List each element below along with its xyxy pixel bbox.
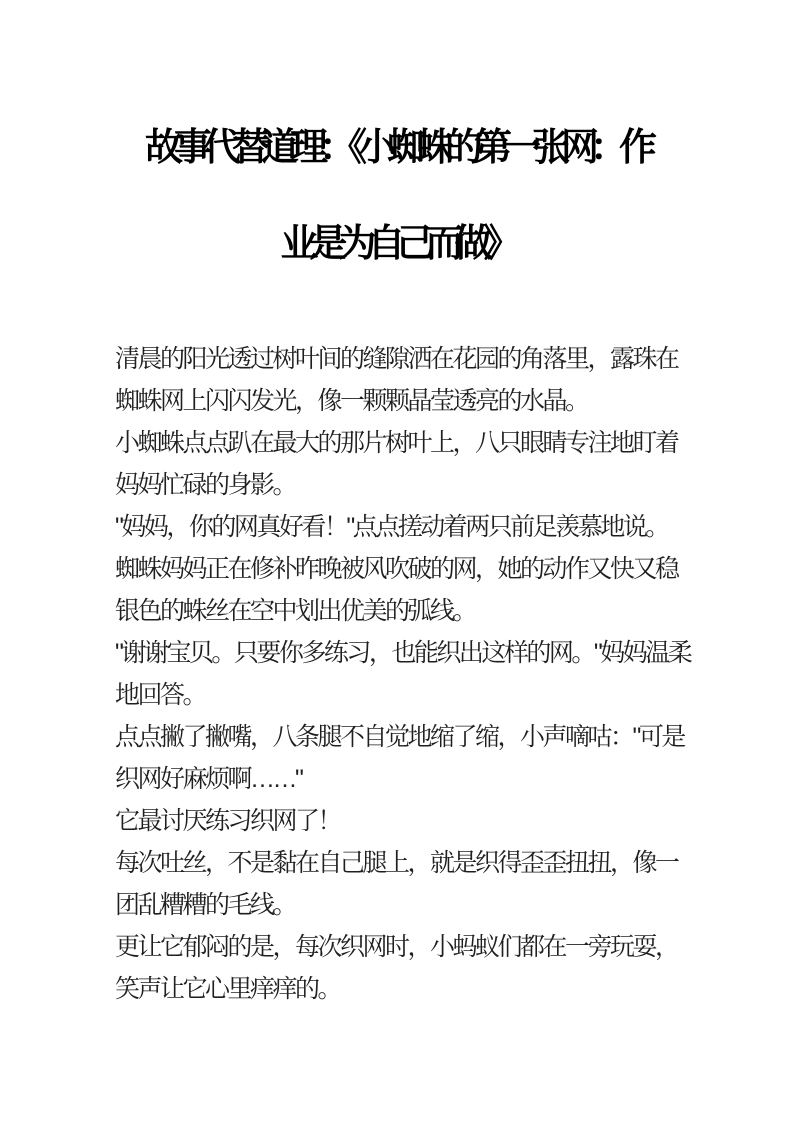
- paragraph: 小蜘蛛点点趴在最大的那片树叶上，八只眼睛专注地盯着 妈妈忙碌的身影。: [115, 422, 698, 506]
- paragraph: 蜘蛛妈妈正在修补昨晚被风吹破的网，她的动作又快又稳 银色的蛛丝在空中划出优美的弧…: [115, 548, 698, 632]
- paragraph: 清晨的阳光透过树叶间的缝隙洒在花园的角落里，露珠在 蜘蛛网上闪闪发光，像一颗颗晶…: [115, 338, 698, 422]
- paragraph: 每次吐丝，不是黏在自己腿上，就是织得歪歪扭扭，像一 团乱糟糟的毛线。: [115, 842, 698, 926]
- paragraph: "妈妈，你的网真好看！"点点搓动着两只前足羡慕地说。: [115, 506, 698, 548]
- paragraph: 点点撇了撇嘴，八条腿不自觉地缩了缩，小声嘀咕："可是 织网好麻烦啊……": [115, 716, 698, 800]
- document-page: 故事代替道理：《小蜘蛛的第一张网：作 业是为自己而做》 清晨的阳光透过树叶间的缝…: [0, 0, 793, 1122]
- paragraph: 它最讨厌练习织网了！: [115, 800, 698, 842]
- paragraph: "谢谢宝贝。只要你多练习，也能织出这样的网。"妈妈温柔 地回答。: [115, 632, 698, 716]
- document-title: 故事代替道理：《小蜘蛛的第一张网：作 业是为自己而做》: [60, 0, 733, 292]
- paragraph: 更让它郁闷的是，每次织网时，小蚂蚁们都在一旁玩耍， 笑声让它心里痒痒的。: [115, 926, 698, 1010]
- document-body: 清晨的阳光透过树叶间的缝隙洒在花园的角落里，露珠在 蜘蛛网上闪闪发光，像一颗颗晶…: [0, 338, 793, 1010]
